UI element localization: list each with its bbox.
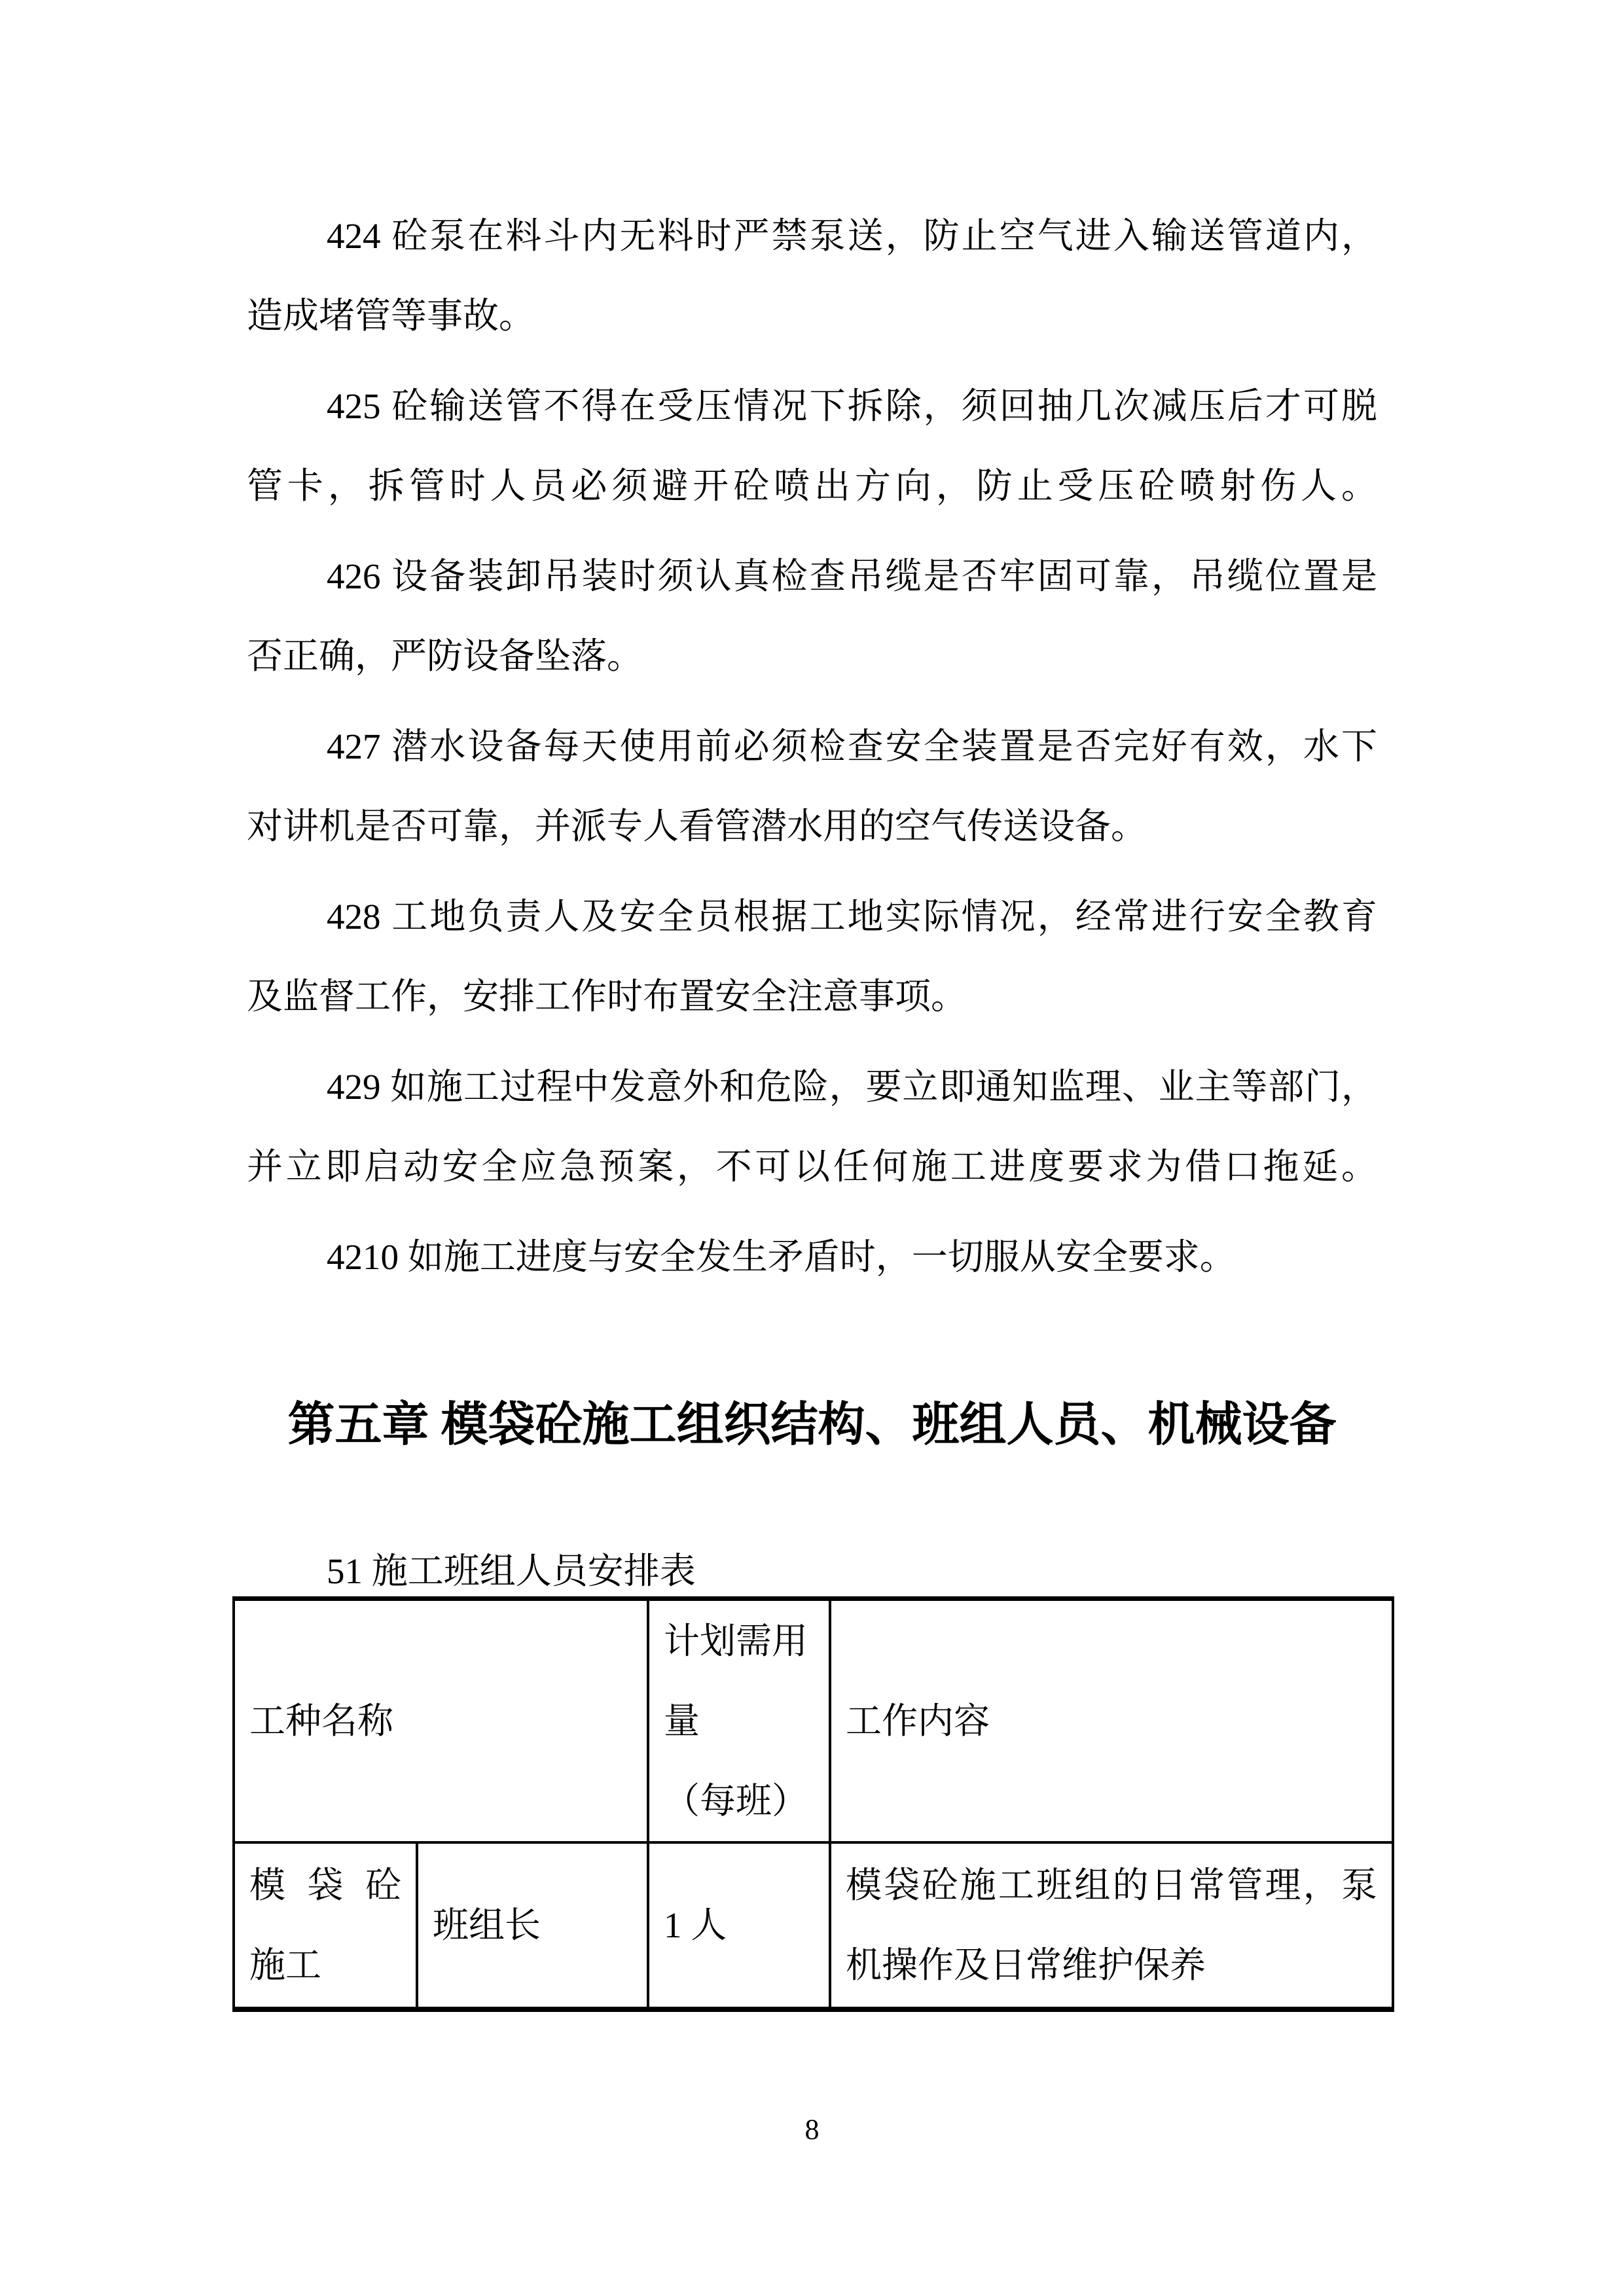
paragraph-line: 并立即启动安全应急预案，不可以任何施工进度要求为借口拖延。: [247, 1127, 1377, 1207]
body-cell-role: 班组长: [416, 1844, 647, 2007]
header-quantity-line: 计划需用: [664, 1602, 814, 1681]
body-cell-worktype: 模 袋 砼 施工: [235, 1844, 416, 2007]
paragraph-426: 426 设备装卸吊装时须认真检查吊缆是否牢固可靠，吊缆位置是 否正确，严防设备坠…: [247, 537, 1377, 696]
paragraph-line: 及监督工作，安排工作时布置安全注意事项。: [247, 957, 1377, 1037]
paragraph-line: 424 砼泵在料斗内无料时严禁泵送，防止空气进入输送管道内，: [247, 196, 1377, 276]
header-cell-worktype: 工种名称: [235, 1601, 647, 1844]
personnel-table: 工种名称 计划需用 量 （每班） 工作内容 模 袋 砼 施工 班组长 1 人 模…: [232, 1596, 1394, 2012]
page-content: 424 砼泵在料斗内无料时严禁泵送，防止空气进入输送管道内， 造成堵管等事故。 …: [247, 196, 1377, 2012]
role-label: 班组长: [433, 1886, 632, 1965]
paragraph-428: 428 工地负责人及安全员根据工地实际情况，经常进行安全教育 及监督工作，安排工…: [247, 877, 1377, 1037]
header-quantity-line: （每班）: [664, 1761, 814, 1841]
paragraph-line: 425 砼输送管不得在受压情况下拆除，须回抽几次减压后才可脱: [247, 367, 1377, 446]
header-worktype-label: 工种名称: [249, 1681, 632, 1761]
document-page: 424 砼泵在料斗内无料时严禁泵送，防止空气进入输送管道内， 造成堵管等事故。 …: [0, 0, 1624, 2296]
paragraph-line: 否正确，严防设备坠落。: [247, 617, 1377, 696]
paragraph-line: 4210 如施工进度与安全发生矛盾时，一切服从安全要求。: [247, 1217, 1377, 1297]
body-cell-content: 模袋砼施工班组的日常管理，泵 机操作及日常维护保养: [829, 1844, 1392, 2007]
content-line: 机操作及日常维护保养: [846, 1926, 1377, 2005]
header-cell-content: 工作内容: [829, 1601, 1392, 1844]
paragraph-line: 427 潜水设备每天使用前必须检查安全装置是否完好有效，水下: [247, 707, 1377, 787]
header-quantity-line: 量: [664, 1681, 814, 1761]
quantity-value: 1 人: [664, 1886, 814, 1965]
paragraph-line: 426 设备装卸吊装时须认真检查吊缆是否牢固可靠，吊缆位置是: [247, 537, 1377, 617]
paragraph-line: 管卡，拆管时人员必须避开砼喷出方向，防止受压砼喷射伤人。: [247, 446, 1377, 526]
body-cell-quantity: 1 人: [647, 1844, 829, 2007]
paragraph-427: 427 潜水设备每天使用前必须检查安全装置是否完好有效，水下 对讲机是否可靠，并…: [247, 707, 1377, 867]
header-content-label: 工作内容: [846, 1681, 1377, 1761]
page-number: 8: [0, 2114, 1624, 2145]
worktype-line: 模 袋 砼: [249, 1846, 401, 1926]
content-line: 模袋砼施工班组的日常管理，泵: [846, 1846, 1377, 1926]
paragraph-4210: 4210 如施工进度与安全发生矛盾时，一切服从安全要求。: [247, 1217, 1377, 1297]
chapter-heading: 第五章 模袋砼施工组织结构、班组人员、机械设备: [247, 1389, 1377, 1461]
paragraph-line: 428 工地负责人及安全员根据工地实际情况，经常进行安全教育: [247, 877, 1377, 957]
paragraph-425: 425 砼输送管不得在受压情况下拆除，须回抽几次减压后才可脱 管卡，拆管时人员必…: [247, 367, 1377, 526]
paragraph-424: 424 砼泵在料斗内无料时严禁泵送，防止空气进入输送管道内， 造成堵管等事故。: [247, 196, 1377, 356]
worktype-line: 施工: [249, 1926, 401, 2005]
paragraph-line: 造成堵管等事故。: [247, 276, 1377, 356]
paragraph-line: 429 如施工过程中发意外和危险，要立即通知监理、业主等部门，: [247, 1047, 1377, 1127]
paragraph-429: 429 如施工过程中发意外和危险，要立即通知监理、业主等部门， 并立即启动安全应…: [247, 1047, 1377, 1207]
paragraph-line: 对讲机是否可靠，并派专人看管潜水用的空气传送设备。: [247, 787, 1377, 867]
header-cell-quantity: 计划需用 量 （每班）: [647, 1601, 829, 1844]
